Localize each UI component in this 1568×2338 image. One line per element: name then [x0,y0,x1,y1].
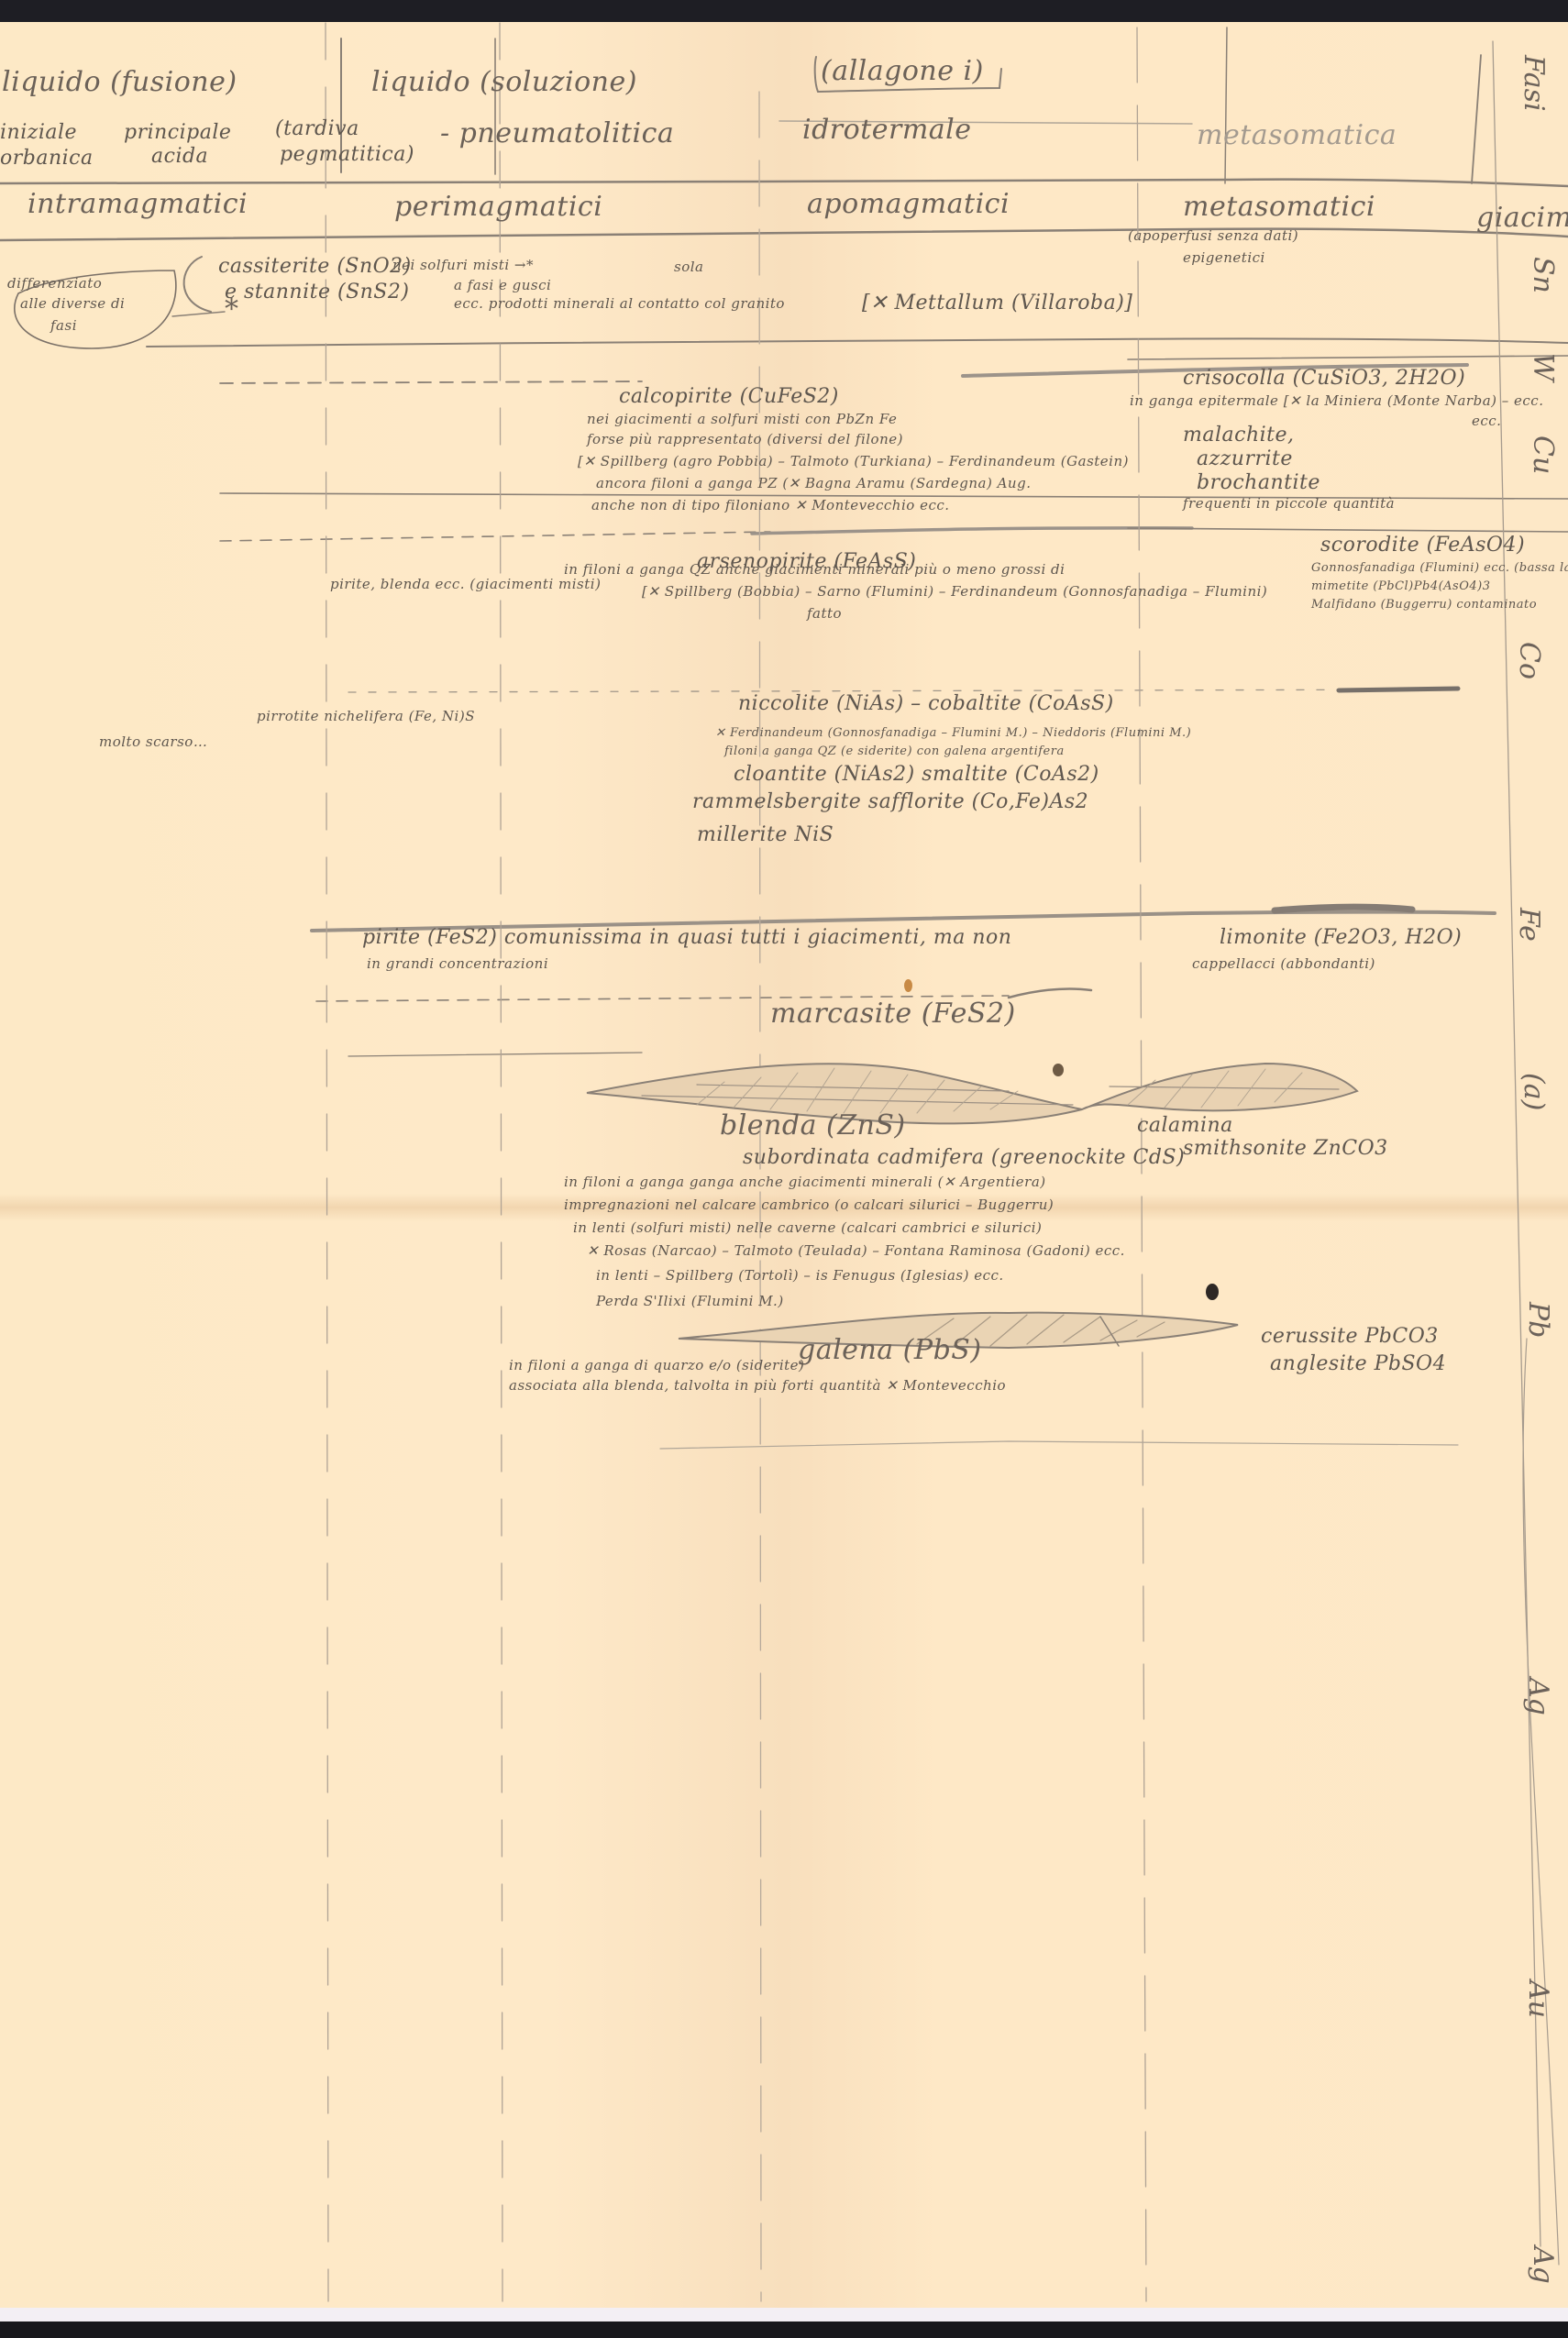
tin-label-sola: sola [674,259,703,275]
col-metasomatic-note2: epigenetici [1183,249,1265,266]
col-perimagmatic: perimagmatici [394,191,602,223]
margin-element-fe: Fe [1513,908,1545,942]
arsenic-text-4: fatto [807,605,842,622]
margin-element-au: Au [1522,1980,1554,2018]
copper-text-5: anche non di tipo filoniano ✕ Montevecch… [591,497,950,513]
iron-right-mineral: limonite (Fe2O3, H2O) [1220,926,1462,949]
margin-fasi: Fasi [1518,55,1550,112]
header-principal: principale [124,121,231,144]
header-tardive-sub: pegmatitica) [280,143,414,166]
arsenic-text-3: [✕ Spillberg (Bobbia) – Sarno (Flumini) … [642,583,1267,600]
ruled-lines [0,0,1568,2338]
nickel-mineral-4: cloantite (NiAs2) smaltite (CoAs2) [734,763,1099,786]
header-pneumatolitic: - pneumatolitica [440,117,674,149]
tin-side-note-3: fasi [50,317,77,334]
copper-right-text-2: ecc. [1472,413,1501,429]
copper-list-brochantite: brochantite [1197,471,1320,494]
ink-spot [1206,1284,1219,1300]
copper-text-2: forse più rappresentato (diversi del fil… [587,431,903,447]
col-apomagmatic: apomagmatici [807,188,1010,220]
nickel-mid-note: pirrotite nichelifera (Fe, Ni)S [257,708,475,724]
zinc-right-smithsonite: smithsonite ZnCO3 [1183,1137,1388,1160]
copper-right-note: frequenti in piccole quantità [1183,495,1395,512]
margin-element-sn: Sn [1527,257,1559,293]
margin-element-a: (a) [1518,1073,1550,1110]
header-initial-sub: orbanica [0,147,94,170]
zinc-text-1: in filoni a ganga ganga anche giacimenti… [564,1174,1046,1190]
iron-right-text: cappellacci (abbondanti) [1192,955,1375,972]
iron-text-2: in grandi concentrazioni [367,955,548,972]
margin-element-ag: Ag [1522,1678,1554,1715]
copper-list-malachite: malachite, [1183,424,1295,447]
lead-mineral: galena (PbS) [798,1334,982,1366]
lead-right-cerussite: cerussite PbCO3 [1261,1325,1439,1348]
col-metasomatic: metasomatici [1183,191,1375,223]
tin-text-1: nei solfuri misti →* [392,257,534,273]
nickel-mineral-5: rammelsbergite safflorite (Co,Fe)As2 [692,790,1088,813]
arsenic-text-1: pirite, blenda ecc. (giacimenti misti) [330,576,601,592]
copper-right-text-1: in ganga epitermale [✕ la Miniera (Monte… [1130,392,1543,409]
col-intramagmatic: intramagmatici [28,188,248,220]
tin-text-2: a fasi e gusci [454,277,551,293]
zinc-sub: subordinata cadmifera (greenockite CdS) [743,1146,1185,1169]
nickel-mineral-6: millerite NiS [697,823,834,846]
copper-mineral: calcopirite (CuFeS2) [619,385,839,408]
header-liquid-solution: liquido (soluzione) [371,66,637,98]
zinc-text-5: in lenti – Spillberg (Tortolì) – is Fenu… [596,1267,1004,1284]
margin-element-cu: Cu [1527,436,1559,474]
iron-text-1: pirite (FeS2) comunissima in quasi tutti… [362,926,1011,949]
scan-bottom-border [0,2321,1568,2338]
lead-right-anglesite: anglesite PbSO4 [1270,1352,1446,1375]
scan-bottom-strip [0,2308,1568,2322]
tin-reference: [✕ Mettallum (Villaroba)] [862,292,1132,314]
col-metasomatic-note: (apoperfusi senza dati) [1128,227,1298,244]
copper-right-mineral: crisocolla (CuSiO3, 2H2O) [1183,367,1465,390]
header-tardive: (tardiva [275,117,359,140]
margin-element-co: Co [1513,642,1545,679]
nickel-mineral-3: filoni a ganga QZ (e siderite) con galen… [724,744,1065,758]
zinc-right-calamine: calamina [1137,1114,1233,1137]
arsenic-right-text-2: mimetite (PbCl)Pb4(AsO4)3 [1311,579,1491,593]
header-metasomatic-faint: metasomatica [1197,119,1397,151]
header-initial: iniziale [0,121,77,144]
nickel-left-note: molto scarso… [99,733,207,750]
header-liquid-fusion: liquido (fusione) [2,66,237,98]
copper-list-azurite: azzurrite [1197,447,1293,470]
arsenic-text-2: in filoni a ganga QZ anche giacimenti mi… [564,561,1065,578]
lead-text-2: associata alla blenda, talvolta in più f… [509,1377,1006,1394]
nickel-mineral-2: ✕ Ferdinandeum (Gonnosfanadiga – Flumini… [715,726,1191,740]
pencil-mark [904,979,912,992]
zinc-text-3: in lenti (solfuri misti) nelle caverne (… [573,1219,1042,1236]
margin-element-ag2: Ag [1527,2246,1559,2284]
tin-mineral-cassiterite: cassiterite (SnO2) [218,255,412,278]
header-principal-sub: acida [151,145,208,168]
tin-asterisk: * [225,293,239,325]
margin-element-pb: Pb [1522,1302,1554,1338]
zinc-text-4: ✕ Rosas (Narcao) – Talmoto (Teulada) – F… [587,1242,1125,1259]
lead-text-1: in filoni a ganga di quarzo e/o (siderit… [509,1357,804,1373]
arsenic-right-text-1: Gonnosfanadiga (Flumini) ecc. (bassa lag… [1311,561,1568,575]
nickel-mineral-1: niccolite (NiAs) – cobaltite (CoAsS) [738,692,1114,715]
tin-side-note-1: differenziato [7,275,102,292]
copper-text-1: nei giacimenti a solfuri misti con PbZn … [587,411,897,427]
arsenic-right-text-3: Malfidano (Buggerru) contaminato [1311,598,1537,612]
header-allagone: (allagone i) [821,55,984,87]
col-giacimenti: giacimenti [1476,202,1568,234]
zinc-text-6: Perda S'Ilixi (Flumini M.) [596,1293,784,1309]
zinc-text-2: impregnazioni nel calcare cambrico (o ca… [564,1197,1054,1213]
arsenic-right-mineral: scorodite (FeAsO4) [1320,534,1525,557]
pencil-mark [1053,1064,1064,1076]
header-hydrothermal: idrotermale [802,114,972,146]
tin-text-3: ecc. prodotti minerali al contatto col g… [454,295,785,312]
iron-sub-mineral: marcasite (FeS2) [770,998,1016,1030]
zinc-mineral: blenda (ZnS) [720,1109,906,1141]
tin-side-note-2: alle diverse di [20,295,125,312]
margin-element-w: W [1527,353,1559,381]
tin-mineral-stannite: e stannite (SnS2) [225,281,409,303]
copper-text-4: ancora filoni a ganga PZ (✕ Bagna Aramu … [596,475,1031,491]
copper-text-3: [✕ Spillberg (agro Pobbia) – Talmoto (Tu… [578,453,1129,469]
